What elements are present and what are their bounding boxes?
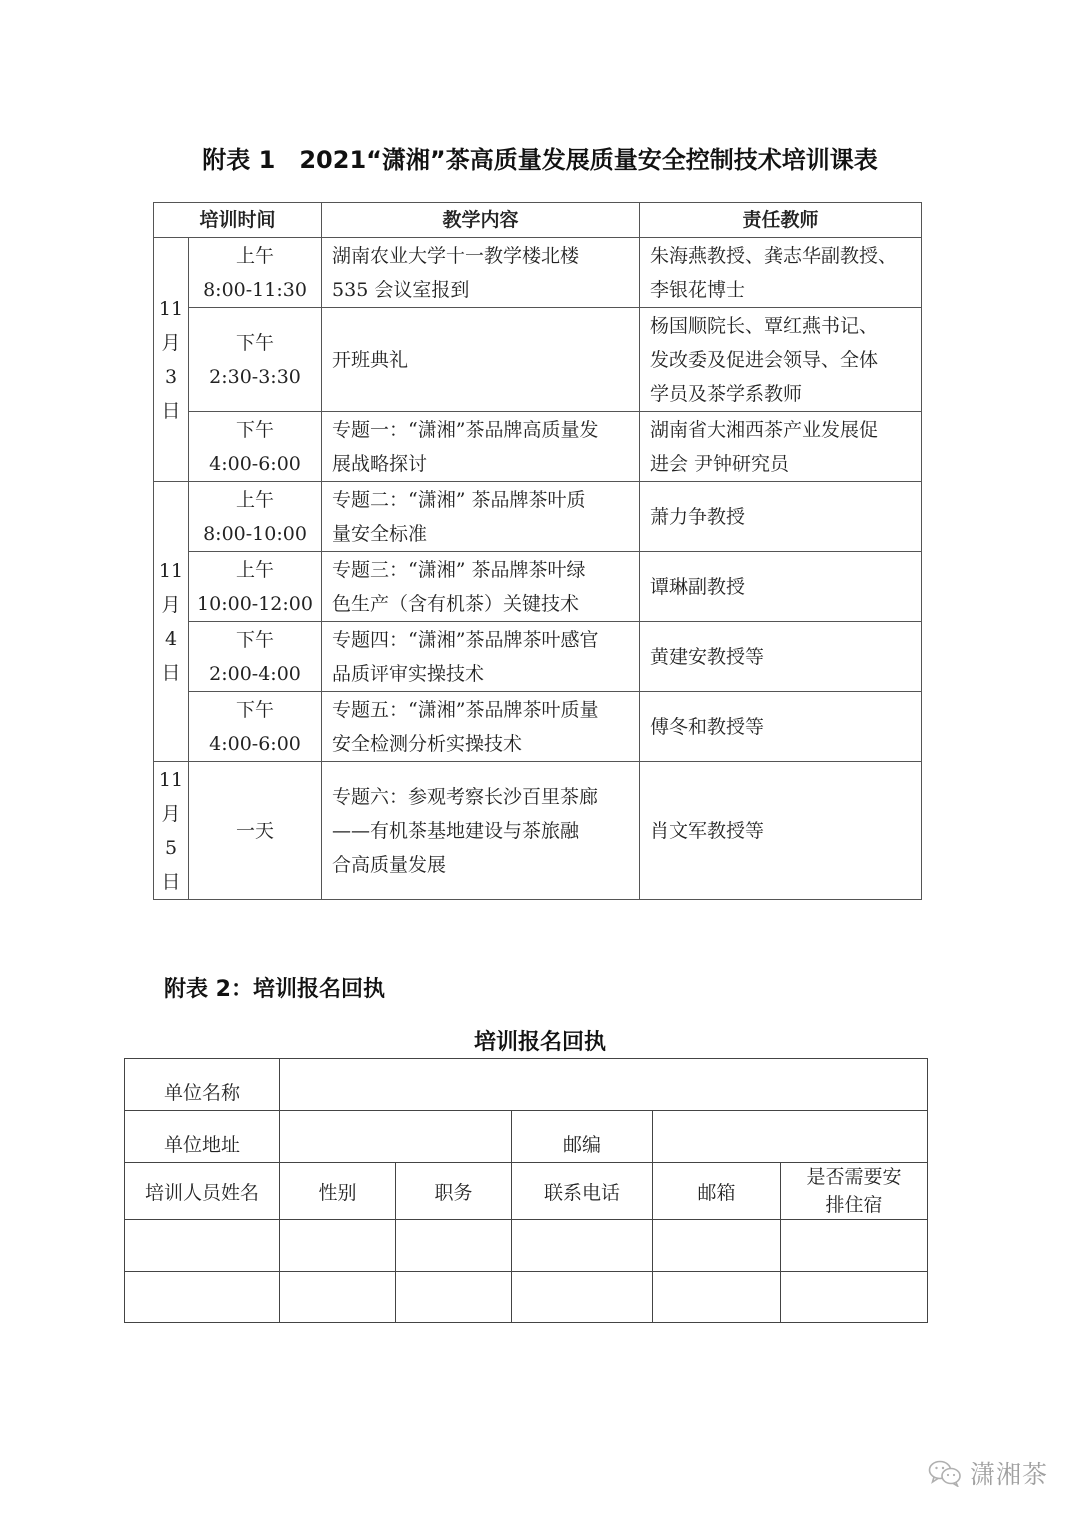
col-email: 邮箱 bbox=[653, 1163, 781, 1220]
table-row: 下午 4:00-6:00 专题五：“潇湘”茶品牌茶叶质量 安全检测分析实操技术 … bbox=[154, 692, 922, 762]
content-line: 品质评审实操技术 bbox=[332, 657, 633, 691]
content-line: 展战略探讨 bbox=[332, 447, 633, 481]
date-line: 5 bbox=[154, 831, 188, 865]
time-cell: 下午 2:00-4:00 bbox=[189, 622, 322, 692]
wechat-icon bbox=[928, 1459, 962, 1487]
content-cell: 专题六：参观考察长沙百里茶廊 ——有机茶基地建设与茶旅融 合高质量发展 bbox=[322, 762, 640, 900]
period: 一天 bbox=[189, 814, 321, 848]
trainee-row bbox=[125, 1220, 928, 1272]
date-line: 日 bbox=[154, 394, 188, 428]
period: 上午 bbox=[189, 553, 321, 587]
content-line: 色生产（含有机茶）关键技术 bbox=[332, 587, 633, 621]
teacher-cell: 萧力争教授 bbox=[640, 482, 922, 552]
time-range: 4:00-6:00 bbox=[189, 447, 321, 481]
content-line: 湖南农业大学十一教学楼北楼 bbox=[332, 239, 633, 273]
date-line: 日 bbox=[154, 656, 188, 690]
col-trainee-name: 培训人员姓名 bbox=[125, 1163, 280, 1220]
col-position: 职务 bbox=[396, 1163, 512, 1220]
content-line: 专题三：“潇湘” 茶品牌茶叶绿 bbox=[332, 553, 633, 587]
content-line: 专题六：参观考察长沙百里茶廊 bbox=[332, 780, 633, 814]
period: 上午 bbox=[189, 239, 321, 273]
postcode-field[interactable] bbox=[653, 1111, 928, 1163]
date-line: 4 bbox=[154, 622, 188, 656]
teacher-line: 李银花博士 bbox=[650, 273, 915, 307]
gender-field[interactable] bbox=[280, 1272, 396, 1323]
content-cell: 专题一：“潇湘”茶品牌高质量发 展战略探讨 bbox=[322, 412, 640, 482]
content-line: 合高质量发展 bbox=[332, 848, 633, 882]
teacher-cell: 朱海燕教授、龚志华副教授、 李银花博士 bbox=[640, 238, 922, 308]
teacher-cell: 杨国顺院长、覃红燕书记、 发改委及促进会领导、全体 学员及茶学系教师 bbox=[640, 308, 922, 412]
time-cell: 上午 8:00-10:00 bbox=[189, 482, 322, 552]
content-line: ——有机茶基地建设与茶旅融 bbox=[332, 814, 633, 848]
date-line: 日 bbox=[154, 865, 188, 899]
time-cell: 下午 4:00-6:00 bbox=[189, 412, 322, 482]
email-field[interactable] bbox=[653, 1220, 781, 1272]
email-field[interactable] bbox=[653, 1272, 781, 1323]
unit-address-row: 单位地址 邮编 bbox=[125, 1111, 928, 1163]
content-cell: 专题四：“潇湘”茶品牌茶叶感官 品质评审实操技术 bbox=[322, 622, 640, 692]
teacher-cell: 肖文军教授等 bbox=[640, 762, 922, 900]
registration-form-title: 培训报名回执 bbox=[0, 1025, 1080, 1056]
trainee-row bbox=[125, 1272, 928, 1323]
time-range: 8:00-10:00 bbox=[189, 517, 321, 551]
content-line: 专题二：“潇湘” 茶品牌茶叶质 bbox=[332, 483, 633, 517]
col-gender: 性别 bbox=[280, 1163, 396, 1220]
date-line: 11 bbox=[154, 292, 188, 326]
content-cell: 专题三：“潇湘” 茶品牌茶叶绿 色生产（含有机茶）关键技术 bbox=[322, 552, 640, 622]
teacher-line: 萧力争教授 bbox=[650, 500, 915, 534]
content-line: 535 会议室报到 bbox=[332, 273, 633, 307]
teacher-cell: 黄建安教授等 bbox=[640, 622, 922, 692]
time-cell: 上午 8:00-11:30 bbox=[189, 238, 322, 308]
date-cell-nov3: 11 月 3 日 bbox=[154, 238, 189, 482]
content-line: 专题五：“潇湘”茶品牌茶叶质量 bbox=[332, 693, 633, 727]
unit-address-field[interactable] bbox=[280, 1111, 512, 1163]
accommodation-field[interactable] bbox=[781, 1272, 928, 1323]
teacher-cell: 谭琳副教授 bbox=[640, 552, 922, 622]
teacher-line: 湖南省大湘西茶产业发展促 bbox=[650, 413, 915, 447]
unit-address-label: 单位地址 bbox=[125, 1111, 280, 1163]
teacher-line: 发改委及促进会领导、全体 bbox=[650, 343, 915, 377]
phone-field[interactable] bbox=[512, 1220, 653, 1272]
teacher-line: 肖文军教授等 bbox=[650, 814, 915, 848]
content-cell: 专题二：“潇湘” 茶品牌茶叶质 量安全标准 bbox=[322, 482, 640, 552]
date-line: 月 bbox=[154, 326, 188, 360]
watermark-text: 潇湘茶 bbox=[970, 1455, 1048, 1491]
teacher-line: 朱海燕教授、龚志华副教授、 bbox=[650, 239, 915, 273]
schedule-header-row: 培训时间 教学内容 责任教师 bbox=[154, 203, 922, 238]
content-line: 专题四：“潇湘”茶品牌茶叶感官 bbox=[332, 623, 633, 657]
time-range: 10:00-12:00 bbox=[189, 587, 321, 621]
position-field[interactable] bbox=[396, 1272, 512, 1323]
watermark: 潇湘茶 bbox=[928, 1455, 1048, 1491]
period: 下午 bbox=[189, 693, 321, 727]
schedule-table: 培训时间 教学内容 责任教师 11 月 3 日 上午 8:00-11:30 湖南… bbox=[153, 202, 922, 900]
table-row: 下午 4:00-6:00 专题一：“潇湘”茶品牌高质量发 展战略探讨 湖南省大湘… bbox=[154, 412, 922, 482]
time-range: 8:00-11:30 bbox=[189, 273, 321, 307]
period: 下午 bbox=[189, 623, 321, 657]
accommodation-line: 是否需要安 bbox=[781, 1163, 927, 1191]
phone-field[interactable] bbox=[512, 1272, 653, 1323]
schedule-title: 附表 1 2021“潇湘”茶高质量发展质量安全控制技术培训课表 bbox=[0, 140, 1080, 175]
teacher-line: 谭琳副教授 bbox=[650, 570, 915, 604]
content-cell: 湖南农业大学十一教学楼北楼 535 会议室报到 bbox=[322, 238, 640, 308]
period: 下午 bbox=[189, 326, 321, 360]
table-row: 11 月 3 日 上午 8:00-11:30 湖南农业大学十一教学楼北楼 535… bbox=[154, 238, 922, 308]
content-line: 量安全标准 bbox=[332, 517, 633, 551]
table-row: 下午 2:00-4:00 专题四：“潇湘”茶品牌茶叶感官 品质评审实操技术 黄建… bbox=[154, 622, 922, 692]
time-cell: 下午 2:30-3:30 bbox=[189, 308, 322, 412]
date-line: 月 bbox=[154, 797, 188, 831]
content-line: 开班典礼 bbox=[332, 343, 633, 377]
registration-section-title: 附表 2：培训报名回执 bbox=[164, 972, 385, 1003]
header-teaching-content: 教学内容 bbox=[322, 203, 640, 238]
col-phone: 联系电话 bbox=[512, 1163, 653, 1220]
accommodation-line: 排住宿 bbox=[781, 1191, 927, 1219]
teacher-line: 杨国顺院长、覃红燕书记、 bbox=[650, 309, 915, 343]
teacher-line: 傅冬和教授等 bbox=[650, 710, 915, 744]
table-row: 11 月 4 日 上午 8:00-10:00 专题二：“潇湘” 茶品牌茶叶质 量… bbox=[154, 482, 922, 552]
unit-name-field[interactable] bbox=[280, 1059, 928, 1111]
date-line: 月 bbox=[154, 588, 188, 622]
trainee-name-field[interactable] bbox=[125, 1220, 280, 1272]
time-cell: 一天 bbox=[189, 762, 322, 900]
time-cell: 上午 10:00-12:00 bbox=[189, 552, 322, 622]
time-range: 2:30-3:30 bbox=[189, 360, 321, 394]
time-range: 2:00-4:00 bbox=[189, 657, 321, 691]
accommodation-field[interactable] bbox=[781, 1220, 928, 1272]
position-field[interactable] bbox=[396, 1220, 512, 1272]
content-line: 专题一：“潇湘”茶品牌高质量发 bbox=[332, 413, 633, 447]
period: 上午 bbox=[189, 483, 321, 517]
date-line: 3 bbox=[154, 360, 188, 394]
teacher-cell: 湖南省大湘西茶产业发展促 进会 尹钟研究员 bbox=[640, 412, 922, 482]
content-line: 安全检测分析实操技术 bbox=[332, 727, 633, 761]
date-cell-nov4: 11 月 4 日 bbox=[154, 482, 189, 762]
unit-name-label: 单位名称 bbox=[125, 1059, 280, 1111]
content-cell: 专题五：“潇湘”茶品牌茶叶质量 安全检测分析实操技术 bbox=[322, 692, 640, 762]
registration-form-table: 单位名称 单位地址 邮编 培训人员姓名 性别 职务 联系电话 邮箱 是否需要安 … bbox=[124, 1058, 928, 1323]
header-training-time: 培训时间 bbox=[154, 203, 322, 238]
time-range: 4:00-6:00 bbox=[189, 727, 321, 761]
teacher-line: 学员及茶学系教师 bbox=[650, 377, 915, 411]
postcode-label: 邮编 bbox=[512, 1111, 653, 1163]
teacher-cell: 傅冬和教授等 bbox=[640, 692, 922, 762]
teacher-line: 黄建安教授等 bbox=[650, 640, 915, 674]
content-cell: 开班典礼 bbox=[322, 308, 640, 412]
header-responsible-teacher: 责任教师 bbox=[640, 203, 922, 238]
date-cell-nov5: 11 月 5 日 bbox=[154, 762, 189, 900]
gender-field[interactable] bbox=[280, 1220, 396, 1272]
col-accommodation: 是否需要安 排住宿 bbox=[781, 1163, 928, 1220]
table-row: 下午 2:30-3:30 开班典礼 杨国顺院长、覃红燕书记、 发改委及促进会领导… bbox=[154, 308, 922, 412]
table-row: 11 月 5 日 一天 专题六：参观考察长沙百里茶廊 ——有机茶基地建设与茶旅融… bbox=[154, 762, 922, 900]
unit-name-row: 单位名称 bbox=[125, 1059, 928, 1111]
period: 下午 bbox=[189, 413, 321, 447]
column-header-row: 培训人员姓名 性别 职务 联系电话 邮箱 是否需要安 排住宿 bbox=[125, 1163, 928, 1220]
trainee-name-field[interactable] bbox=[125, 1272, 280, 1323]
table-row: 上午 10:00-12:00 专题三：“潇湘” 茶品牌茶叶绿 色生产（含有机茶）… bbox=[154, 552, 922, 622]
date-line: 11 bbox=[154, 763, 188, 797]
time-cell: 下午 4:00-6:00 bbox=[189, 692, 322, 762]
date-line: 11 bbox=[154, 554, 188, 588]
teacher-line: 进会 尹钟研究员 bbox=[650, 447, 915, 481]
